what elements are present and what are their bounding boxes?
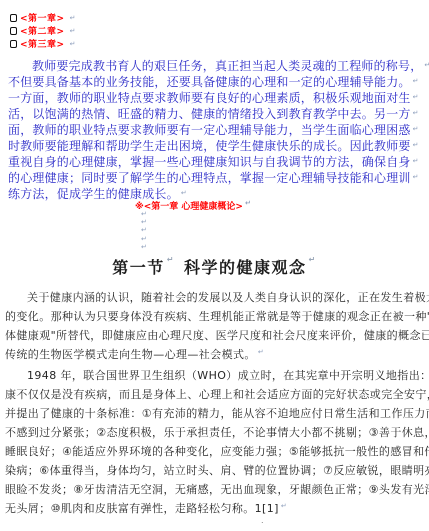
paragraph-mark: ↵ (141, 210, 147, 218)
chapter-link-label[interactable]: <第三章> (20, 37, 65, 50)
line-break-mark: ↵ (413, 157, 419, 165)
line-break-mark: ↵ (424, 61, 429, 69)
line-break-mark: ↵ (70, 27, 76, 35)
line-break-mark: ↵ (309, 255, 317, 264)
teacher-paragraph: 教师要完成教书育人的艰巨任务，真正担当起人类灵魂的工程师的称号，↵ 不但要具备基… (8, 57, 426, 201)
section-marker-text: ※<第一章 心理健康概论> (135, 202, 243, 212)
line-text: 的心理健康；同时要了解学生的心理特点，掌握一定心理辅导技能和心理训 (8, 171, 411, 185)
who-standards-paragraph: 1948 年，联合国世界卫生组织（WHO）成立时，在其宪章中开宗明义地指出：健↵… (5, 364, 426, 516)
empty-paragraphs: ↵ ↵ ↵ ↵ ↵ (139, 210, 147, 251)
line-text: 教师要完成教书育人的艰巨任务，真正担当起人类灵魂的工程师的称号， (8, 59, 422, 73)
paragraph-line: 活，以饱满的热情、旺盛的精力、健康的情绪投入到教育教学中去。另一方↵ (8, 105, 426, 121)
paragraph-line: 的心理健康；同时要了解学生的心理特点，掌握一定心理辅导技能和心理训↵ (8, 169, 426, 185)
paragraph-line: 时教师要能理解和帮助学生走出困境，使学生健康快乐的成长。因此教师要↵ (8, 137, 426, 153)
line-break-mark: ↵ (281, 502, 287, 510)
health-concept-paragraph: 关于健康内涵的认识，随着社会的发展以及人类自身认识的深化，正在发生着极大↵ 的变… (5, 286, 426, 362)
line-break-mark: ↵ (413, 141, 419, 149)
line-text: 并提出了健康的十条标准：①有充沛的精力，能从容不迫地应付日常生活和工作压力而 (5, 407, 429, 420)
paragraph-line: 无头屑；⑩肌肉和皮肤富有弹性，走路轻松匀称。1[1]↵ (5, 497, 426, 516)
line-text: 的变化。那种认为只要身体没有疾病、生理机能正常就是等于健康的观念正在被一种"立 (5, 310, 429, 323)
empty-line: ↵ (139, 218, 147, 226)
empty-line: ↵ (139, 226, 147, 234)
line-break-mark: ↵ (181, 189, 187, 197)
stray-mark: . (261, 516, 264, 525)
chapter-link[interactable]: <第三章> ↵ (10, 37, 75, 50)
line-text: 活，以饱满的热情、旺盛的精力、健康的情绪投入到教育教学中去。另一方 (8, 107, 411, 121)
line-text: 关于健康内涵的认识，随着社会的发展以及人类自身认识的深化，正在发生着极大 (5, 291, 429, 304)
line-text: 一方面，教师的职业特点要求教师要有良好的心理素质，积极乐观地面对生 (8, 91, 411, 105)
paragraph-line: 不但要具备基本的业务技能，还要具备健康的心理和一定的心理辅导能力。↵ (8, 73, 426, 89)
paragraph-line: 关于健康内涵的认识，随着社会的发展以及人类自身认识的深化，正在发生着极大↵ (5, 286, 426, 305)
paragraph-mark: ↵ (141, 226, 147, 234)
heading-title: 科学的健康观念 (184, 258, 307, 277)
chapter-list: <第一章> ↵ <第二章> ↵ <第三章> ↵ (10, 11, 75, 50)
chapter-bullet-icon (10, 14, 17, 22)
line-text: 染病；⑥体重得当，身体均匀，站立时头、肩、臂的位置协调；⑦反应敏锐，眼睛明亮， (5, 464, 429, 477)
line-break-mark: ↵ (70, 14, 76, 22)
line-text: 传统的生物医学模式走向生物—心理—社会模式。 (5, 348, 256, 361)
paragraph-mark: ↵ (141, 243, 147, 251)
empty-line: ↵ (139, 210, 147, 218)
line-break-mark: ↵ (413, 93, 419, 101)
line-break-mark: ↵ (167, 255, 175, 264)
chapter-link[interactable]: <第一章> ↵ (10, 11, 75, 24)
paragraph-line: 教师要完成教书育人的艰巨任务，真正担当起人类灵魂的工程师的称号，↵ (8, 57, 426, 73)
line-text: 重视自身的心理健康，掌握一些心理健康知识与自我调节的方法，确保自身 (8, 155, 411, 169)
paragraph-line: 重视自身的心理健康，掌握一些心理健康知识与自我调节的方法，确保自身↵ (8, 153, 426, 169)
line-text: 1948 年，联合国世界卫生组织（WHO）成立时，在其宪章中开宗明义地指出：健 (5, 369, 429, 382)
paragraph-mark: ↵ (141, 218, 147, 226)
paragraph-line: 眼睑不发炎；⑧牙齿清洁无空洞，无痛感，无出血现象，牙龈颜色正常；⑨头发有光泽、↵ (5, 478, 426, 497)
paragraph-line: 1948 年，联合国世界卫生组织（WHO）成立时，在其宪章中开宗明义地指出：健↵ (5, 364, 426, 383)
paragraph-line: 传统的生物医学模式走向生物—心理—社会模式。↵ (5, 343, 426, 362)
line-break-mark: ↵ (258, 348, 264, 356)
chapter-link-label[interactable]: <第二章> (20, 24, 65, 37)
line-text: 睡眠良好；④能适应外界环境的各种变化，应变能力强；⑤能够抵抗一般性的感冒和传 (5, 445, 429, 458)
paragraph-mark: ↵ (141, 235, 147, 243)
paragraph-line: 并提出了健康的十条标准：①有充沛的精力，能从容不迫地应付日常生活和工作压力而↵ (5, 402, 426, 421)
paragraph-line: 一方面，教师的职业特点要求教师要有良好的心理素质，积极乐观地面对生↵ (8, 89, 426, 105)
line-text: 面，教师的职业特点要求教师要有一定心理辅导能力，当学生面临心理困惑 (8, 123, 411, 137)
line-break-mark: ↵ (70, 40, 76, 48)
chapter-bullet-icon (10, 27, 17, 35)
line-break-mark: ↵ (413, 125, 419, 133)
heading-number: 第一节 (112, 258, 165, 277)
line-text: 无头屑；⑩肌肉和皮肤富有弹性，走路轻松匀称。1[1] (5, 502, 279, 515)
paragraph-line: 不感到过分紧张；②态度积极，乐于承担责任，不论事情大小都不挑剔；③善于休息，↵ (5, 421, 426, 440)
chapter-link-label[interactable]: <第一章> (20, 11, 65, 24)
paragraph-line: 面，教师的职业特点要求教师要有一定心理辅导能力，当学生面临心理困惑↵ (8, 121, 426, 137)
line-text: 不但要具备基本的业务技能，还要具备健康的心理和一定的心理辅导能力。 (8, 75, 411, 89)
line-break-mark: ↵ (413, 77, 419, 85)
section-heading: 第一节↵科学的健康观念↵ (0, 255, 429, 278)
paragraph-mark: ↵ (245, 199, 251, 207)
empty-line: ↵ (139, 235, 147, 243)
document-page: <第一章> ↵ <第二章> ↵ <第三章> ↵ 教师要完成教书育人的艰巨任务，真… (0, 0, 429, 531)
line-break-mark: ↵ (413, 109, 419, 117)
section-marker: ※<第一章 心理健康概论>↵ (135, 199, 251, 212)
line-text: 康不仅仅是没有疾病，而且是身体上、心理上和社会适应方面的完好状态或完全安宁， (5, 388, 429, 401)
paragraph-line: 体健康观"所替代，即健康应由心理尺度、医学尺度和社会尺度来评价，健康的概念已从↵ (5, 324, 426, 343)
paragraph-line: 睡眠良好；④能适应外界环境的各种变化，应变能力强；⑤能够抵抗一般性的感冒和传↵ (5, 440, 426, 459)
line-text: 不感到过分紧张；②态度积极，乐于承担责任，不论事情大小都不挑剔；③善于休息， (5, 426, 429, 439)
paragraph-line: 染病；⑥体重得当，身体均匀，站立时头、肩、臂的位置协调；⑦反应敏锐，眼睛明亮，↵ (5, 459, 426, 478)
chapter-link[interactable]: <第二章> ↵ (10, 24, 75, 37)
line-break-mark: ↵ (413, 173, 419, 181)
line-text: 时教师要能理解和帮助学生走出困境，使学生健康快乐的成长。因此教师要 (8, 139, 411, 153)
line-text: 眼睑不发炎；⑧牙齿清洁无空洞，无痛感，无出血现象，牙龈颜色正常；⑨头发有光泽、 (5, 483, 429, 496)
chapter-bullet-icon (10, 40, 17, 48)
line-text: 体健康观"所替代，即健康应由心理尺度、医学尺度和社会尺度来评价，健康的概念已从 (5, 329, 429, 342)
paragraph-line: 的变化。那种认为只要身体没有疾病、生理机能正常就是等于健康的观念正在被一种"立↵ (5, 305, 426, 324)
paragraph-line: 康不仅仅是没有疾病，而且是身体上、心理上和社会适应方面的完好状态或完全安宁，↵ (5, 383, 426, 402)
empty-line: ↵ (139, 243, 147, 251)
